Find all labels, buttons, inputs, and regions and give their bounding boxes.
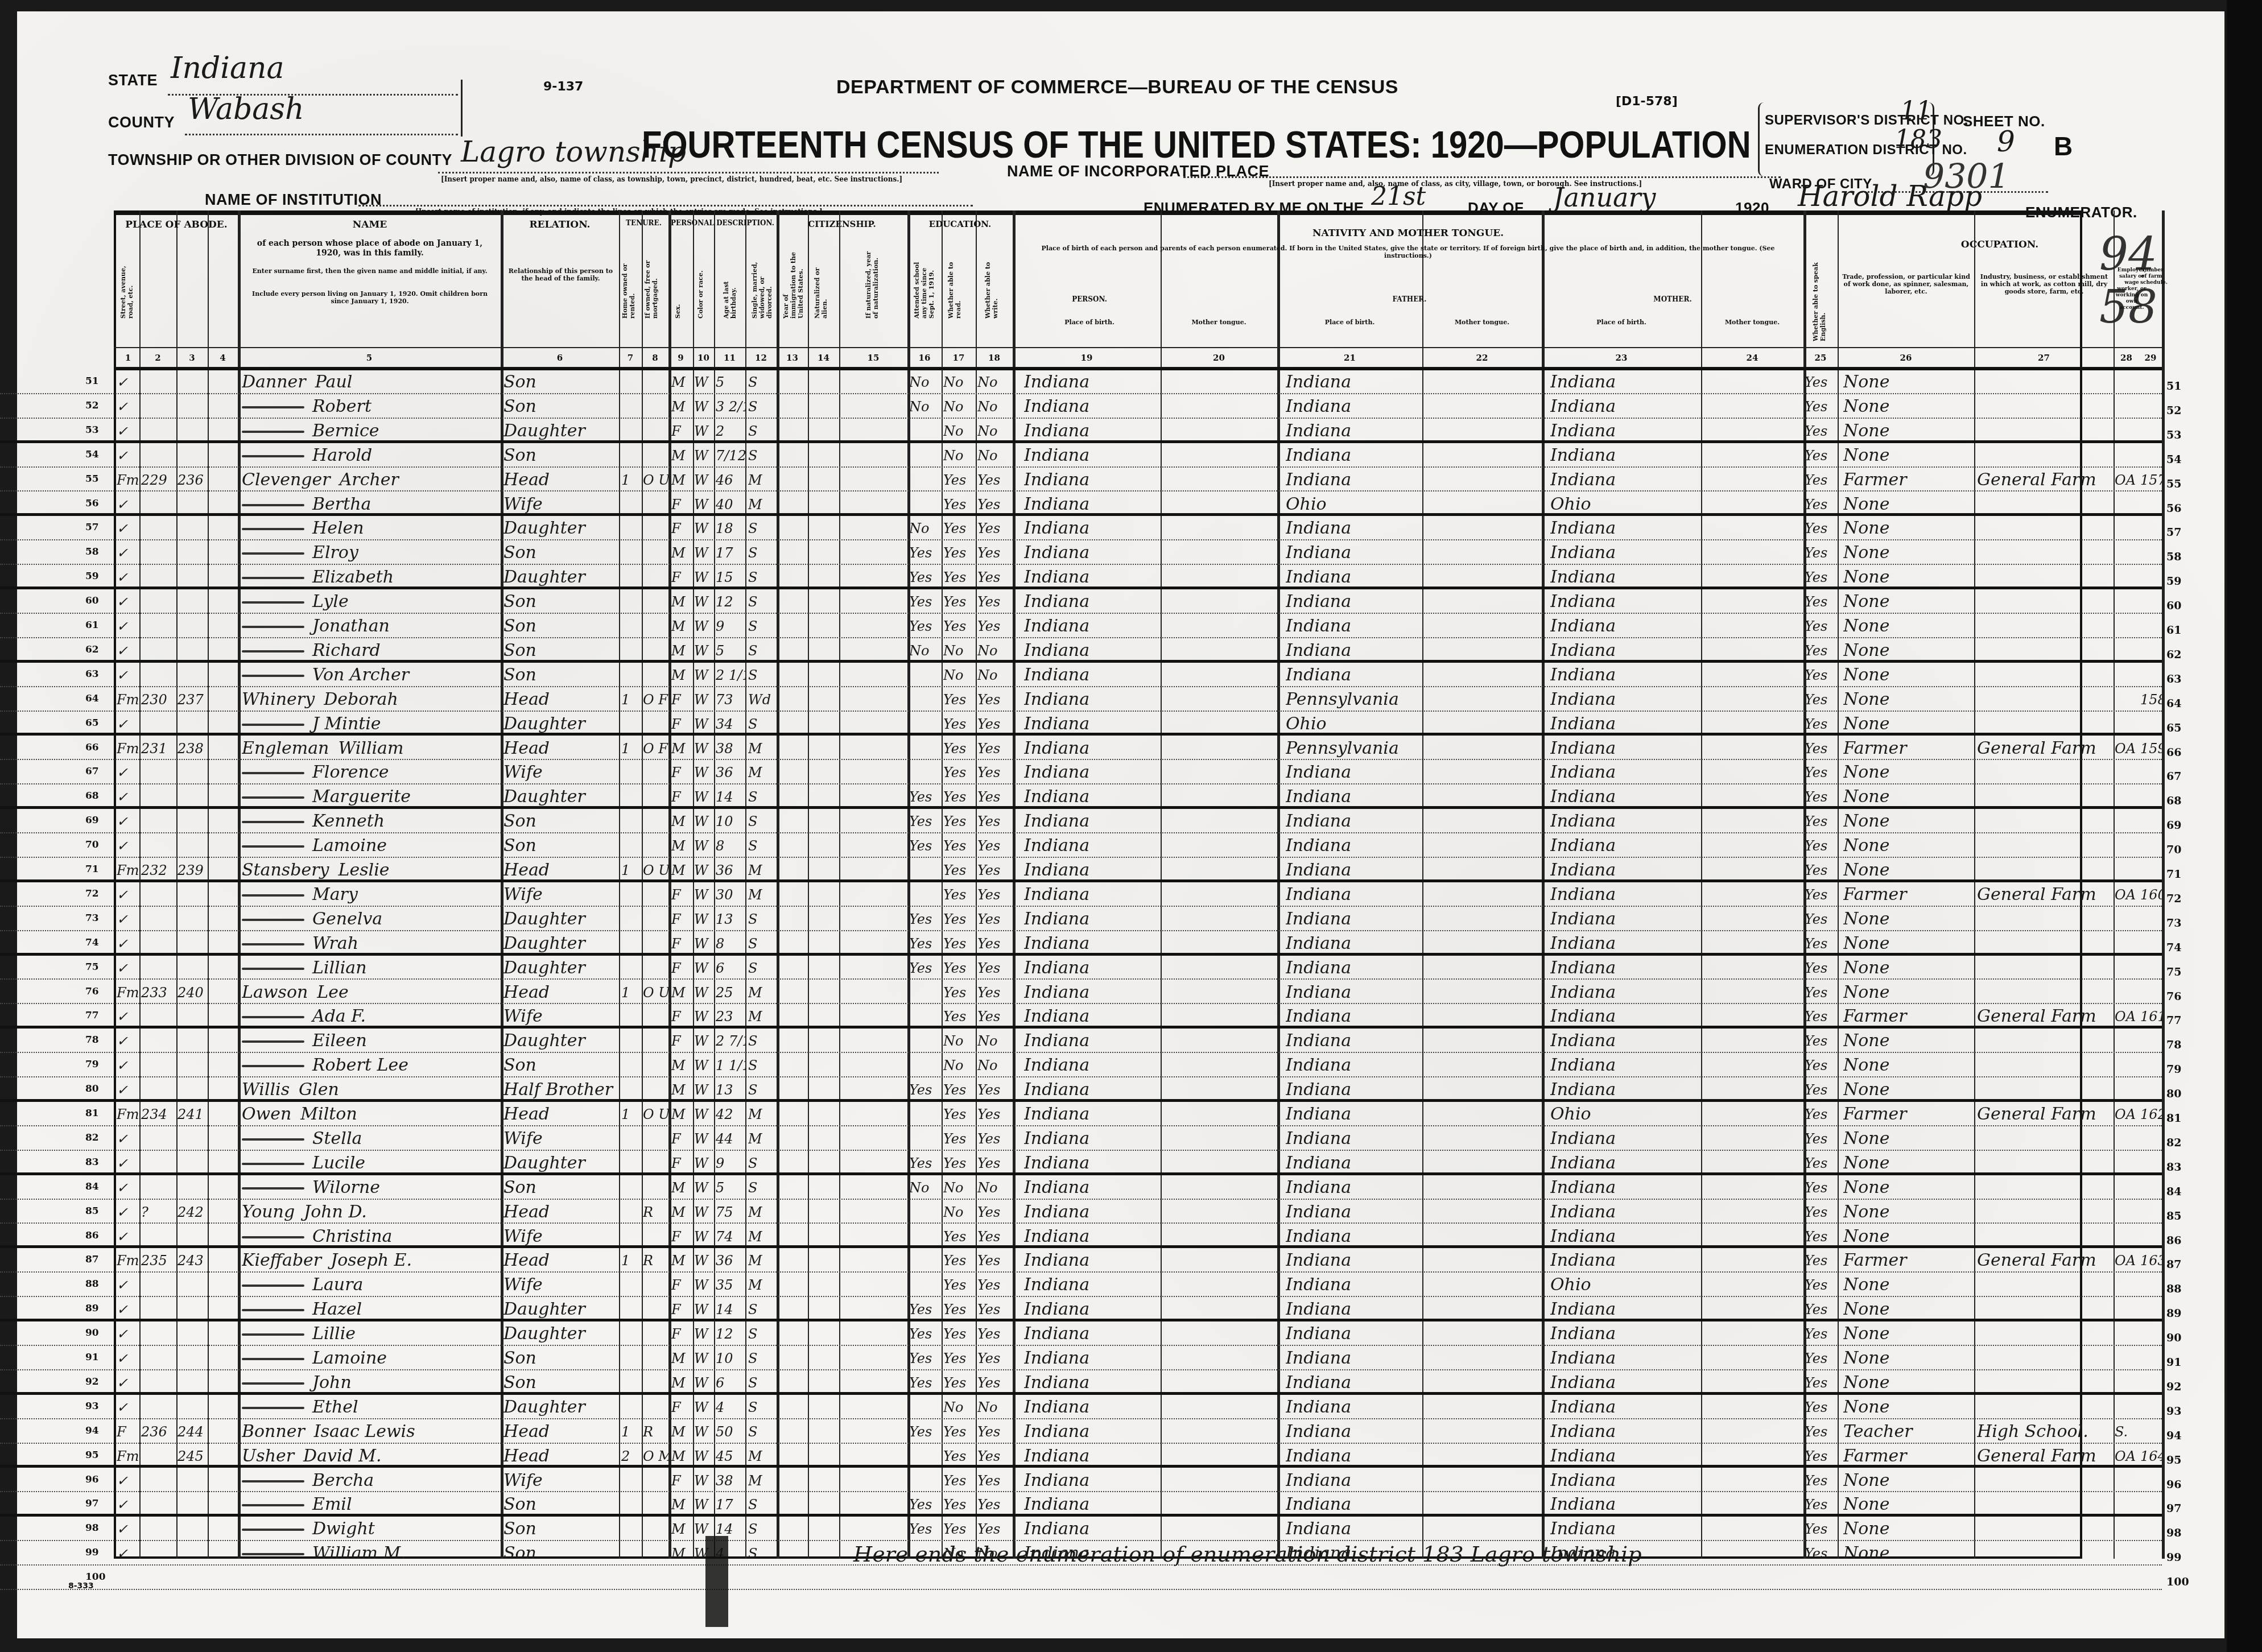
race-cell: W [694, 1445, 713, 1468]
given-name: Stella [312, 1129, 362, 1149]
table-row: 9393✓EthelDaughterFW4SNoNoIndianaIndiana… [0, 1395, 2162, 1419]
name-cell: DannerPaul [242, 371, 501, 394]
relation-cell: Wife [503, 493, 617, 516]
father-birthplace-cell: Indiana [1286, 1079, 1422, 1101]
name-cell: StansberyLeslie [242, 859, 501, 882]
relation-cell: Wife [503, 883, 617, 906]
surname: Owen [242, 1104, 291, 1124]
relation-cell: Head [503, 469, 617, 492]
race-cell: W [694, 1298, 713, 1321]
occupation-cell: None [1843, 371, 1973, 394]
col18-hdr: Whether able to write. [984, 250, 999, 319]
father-birthplace-cell: Indiana [1286, 1347, 1422, 1370]
street-cell: ✓ [117, 1493, 139, 1516]
read-cell: No [943, 444, 975, 467]
house-number-cell: ? [141, 1201, 175, 1224]
table-row: 100100 [0, 1566, 2162, 1590]
marital-cell: S [748, 786, 775, 808]
write-cell: No [977, 664, 1012, 687]
school-cell: Yes [909, 615, 941, 638]
ditto-dash [242, 504, 304, 506]
dwelling-number-cell: 236 [178, 469, 207, 492]
read-cell: No [943, 1201, 975, 1224]
marital-cell: S [748, 395, 775, 418]
read-cell: Yes [943, 1469, 975, 1492]
ditto-dash [242, 1040, 304, 1043]
mother-birthplace-cell: Indiana [1550, 371, 1701, 394]
table-row: 7777✓Ada F.WifeFW23MYesYesIndianaIndiana… [0, 1004, 2162, 1029]
ditto-dash [242, 1016, 304, 1018]
read-cell: Yes [943, 1152, 975, 1175]
name-cell: Jonathan [242, 615, 501, 638]
mortgage-cell: R [643, 1201, 668, 1224]
mother-birthplace-cell: Indiana [1550, 590, 1701, 613]
sex-cell: F [671, 883, 692, 906]
worker-class-cell: OA [2115, 1103, 2140, 1126]
name-cell: Bertha [242, 493, 501, 516]
street-cell: ✓ [117, 590, 139, 613]
mother-birthplace-cell: Indiana [1550, 883, 1701, 906]
marital-cell: S [748, 1054, 775, 1077]
occupation-cell: None [1843, 1323, 1973, 1345]
line-number-right: 75 [2166, 966, 2181, 978]
occupation-cell: None [1843, 761, 1973, 784]
mortgage-cell: O Un [643, 469, 668, 492]
sex-cell: F [671, 688, 692, 711]
occupation-cell: Farmer [1843, 1249, 1973, 1272]
father-birthplace-cell: Indiana [1286, 395, 1422, 418]
table-row: 9898✓DwightSonMW14SYesYesYesIndianaIndia… [0, 1517, 2162, 1541]
table-row: 8383✓LucileDaughterFW9SYesYesYesIndianaI… [0, 1151, 2162, 1175]
school-cell: Yes [909, 1323, 941, 1345]
age-cell: 18 [716, 517, 745, 540]
street-cell: Fm [117, 859, 139, 882]
father-birthplace-cell: Ohio [1286, 713, 1422, 736]
birthplace-cell: Indiana [1024, 786, 1161, 808]
marital-cell: S [748, 1372, 775, 1394]
occupation-cell: None [1843, 517, 1973, 540]
marital-cell: S [748, 615, 775, 638]
father-birthplace-cell: Indiana [1286, 1493, 1422, 1516]
age-cell: 38 [716, 737, 745, 760]
speaks-english-cell: Yes [1805, 1079, 1836, 1101]
relation-cell: Son [503, 1176, 617, 1199]
race-cell: W [694, 786, 713, 808]
age-cell: 12 [716, 1323, 745, 1345]
table-row: 5959✓ElizabethDaughterFW15SYesYesYesIndi… [0, 565, 2162, 589]
speaks-english-cell: Yes [1805, 1372, 1836, 1394]
relation-cell: Daughter [503, 1396, 617, 1419]
sex-cell: M [671, 1079, 692, 1101]
occupation-cell: None [1843, 908, 1973, 931]
occupation-cell: None [1843, 688, 1973, 711]
col17-hdr: Whether able to read. [947, 250, 962, 319]
marital-cell: S [748, 590, 775, 613]
race-cell: W [694, 566, 713, 589]
given-name: Wrah [312, 934, 358, 953]
occupation-cell: None [1843, 1030, 1973, 1052]
mother-birthplace-cell: Indiana [1550, 688, 1701, 711]
mother-birthplace-cell: Indiana [1550, 1225, 1701, 1248]
mother-birthplace-cell: Indiana [1550, 957, 1701, 980]
occupation-cell: Farmer [1843, 737, 1973, 760]
line-number-right: 58 [2166, 551, 2181, 563]
surname: Kieffaber [242, 1250, 321, 1270]
read-cell: Yes [943, 859, 975, 882]
father-birthplace-cell: Indiana [1286, 835, 1422, 857]
race-cell: W [694, 371, 713, 394]
race-cell: W [694, 1030, 713, 1052]
surname: Clevenger [242, 470, 331, 490]
relation-cell: Son [503, 639, 617, 662]
sex-cell: M [671, 615, 692, 638]
occupation-cell: None [1843, 542, 1973, 564]
line-number: 63 [85, 668, 99, 680]
mother-birthplace-cell: Indiana [1550, 615, 1701, 638]
line-number: 60 [85, 595, 99, 606]
line-number-right: 88 [2166, 1283, 2181, 1295]
street-cell: ✓ [117, 615, 139, 638]
name-desc: of each person whose place of abode on J… [245, 239, 495, 258]
read-cell: Yes [943, 1298, 975, 1321]
marital-cell: S [748, 1298, 775, 1321]
name-cell: WhineryDeborah [242, 688, 501, 711]
col-number: 8 [642, 353, 668, 363]
surname: Bonner [242, 1422, 305, 1442]
line-number-right: 78 [2166, 1039, 2181, 1051]
line-number-right: 54 [2166, 453, 2181, 466]
given-name: Lee [317, 982, 348, 1002]
line-number: 83 [85, 1157, 99, 1168]
mother-birthplace-cell: Indiana [1550, 542, 1701, 564]
race-cell: W [694, 1249, 713, 1272]
line-number-right: 65 [2166, 722, 2181, 734]
marital-cell: M [748, 859, 775, 882]
ditto-dash [242, 1407, 304, 1409]
given-name: Harold [312, 445, 372, 465]
given-name: Robert [312, 397, 372, 416]
col-number: 17 [942, 353, 976, 363]
table-row: 8888✓LauraWifeFW35MYesYesIndianaIndianaO… [0, 1273, 2162, 1297]
ditto-dash [242, 1504, 304, 1506]
street-cell: Fm [117, 469, 139, 492]
age-cell: 45 [716, 1445, 745, 1468]
line-number: 66 [85, 742, 99, 753]
age-cell: 40 [716, 493, 745, 516]
name-cell: UsherDavid M. [242, 1445, 501, 1468]
write-cell: Yes [977, 883, 1012, 906]
sex-cell: M [671, 1445, 692, 1468]
line-number: 55 [85, 473, 99, 485]
street-cell: ✓ [117, 786, 139, 808]
street-cell: ✓ [117, 761, 139, 784]
col-number: 14 [808, 353, 839, 363]
col-number: 11 [714, 353, 745, 363]
write-cell: Yes [977, 517, 1012, 540]
name-cell: Dwight [242, 1518, 501, 1541]
write-cell: No [977, 1054, 1012, 1077]
sex-cell: M [671, 1518, 692, 1541]
farm-schedule-cell: 164 [2140, 1445, 2162, 1468]
father-birthplace-cell: Indiana [1286, 1030, 1422, 1052]
ditto-dash [242, 1382, 304, 1385]
table-row: 9595Fm245UsherDavid M.Head2O MMW45MYesYe… [0, 1444, 2162, 1468]
line-number-right: 68 [2166, 795, 2181, 807]
age-cell: 8 [716, 835, 745, 857]
sex-cell: M [671, 395, 692, 418]
line-number-right: 82 [2166, 1137, 2181, 1149]
father-birthplace-cell: Indiana [1286, 932, 1422, 955]
read-cell: Yes [943, 932, 975, 955]
house-number-cell: 233 [141, 981, 175, 1004]
father-birthplace-cell: Indiana [1286, 517, 1422, 540]
mother-birthplace-cell: Indiana [1550, 859, 1701, 882]
ditto-dash [242, 796, 304, 799]
sex-cell: F [671, 1225, 692, 1248]
mother-birthplace-cell: Indiana [1550, 1079, 1701, 1101]
ditto-dash [242, 724, 304, 726]
birthplace-cell: Indiana [1024, 1372, 1161, 1394]
speaks-english-cell: Yes [1805, 1493, 1836, 1516]
dwelling-number-cell: 245 [178, 1445, 207, 1468]
mother-birthplace-cell: Indiana [1550, 1372, 1701, 1394]
school-cell: No [909, 1176, 941, 1199]
father-birthplace-cell: Indiana [1286, 1445, 1422, 1468]
table-row: 9292✓JohnSonMW6SYesYesYesIndianaIndianaI… [0, 1370, 2162, 1395]
mother-birthplace-cell: Indiana [1550, 761, 1701, 784]
line-number-right: 85 [2166, 1210, 2181, 1223]
name-cell: Lillian [242, 957, 501, 980]
read-cell: No [943, 420, 975, 443]
speaks-english-cell: Yes [1805, 957, 1836, 980]
name-cell: Kenneth [242, 810, 501, 833]
line-number: 69 [85, 815, 99, 826]
write-cell: Yes [977, 786, 1012, 808]
sex-cell: F [671, 1298, 692, 1321]
write-cell: Yes [977, 615, 1012, 638]
given-name: Eileen [312, 1031, 367, 1051]
relation-cell: Wife [503, 1469, 617, 1492]
sex-cell: M [671, 590, 692, 613]
mother-birthplace-cell: Indiana [1550, 1298, 1701, 1321]
read-cell: Yes [943, 542, 975, 564]
surname: Usher [242, 1446, 294, 1466]
given-name: Milton [300, 1104, 357, 1124]
age-cell: 38 [716, 1469, 745, 1492]
speaks-english-cell: Yes [1805, 810, 1836, 833]
relation-cell: Wife [503, 1225, 617, 1248]
col-number: 9 [668, 353, 693, 363]
sex-cell: F [671, 1152, 692, 1175]
street-cell: ✓ [117, 664, 139, 687]
table-row: 7373✓GenelvaDaughterFW13SYesYesYesIndian… [0, 907, 2162, 931]
col29-hdr: Number of farm schedule. [2140, 267, 2163, 286]
col-number: 24 [1701, 353, 1803, 363]
age-cell: 2 [716, 420, 745, 443]
mother-birthplace-cell: Indiana [1550, 639, 1701, 662]
given-name: Richard [312, 641, 381, 660]
occupation-cell: None [1843, 1493, 1973, 1516]
father-birthplace-cell: Indiana [1286, 786, 1422, 808]
birthplace-cell: Indiana [1024, 1298, 1161, 1321]
mother-birthplace-cell: Ohio [1550, 1274, 1701, 1296]
enumerated-day: 21st [1371, 182, 1426, 211]
occupation-cell: None [1843, 713, 1973, 736]
mother-birthplace-cell: Ohio [1550, 1103, 1701, 1126]
ditto-dash [242, 1187, 304, 1190]
relation-cell: Daughter [503, 1298, 617, 1321]
street-cell: ✓ [117, 713, 139, 736]
write-cell: Yes [977, 1079, 1012, 1101]
given-name: Glen [299, 1080, 339, 1100]
father-birthplace-cell: Indiana [1286, 1420, 1422, 1443]
relation-cell: Son [503, 371, 617, 394]
given-name: John D. [304, 1202, 367, 1222]
speaks-english-cell: Yes [1805, 1103, 1836, 1126]
line-number-right: 79 [2166, 1063, 2181, 1076]
father-birthplace-cell: Indiana [1286, 542, 1422, 564]
line-number-right: 87 [2166, 1258, 2181, 1271]
birthplace-cell: Indiana [1024, 1225, 1161, 1248]
marital-cell: S [748, 639, 775, 662]
sex-cell: M [671, 444, 692, 467]
home-owned-cell: 1 [621, 981, 641, 1004]
ditto-dash [242, 1163, 304, 1165]
occupation-cell: None [1843, 1225, 1973, 1248]
line-number-right: 76 [2166, 990, 2181, 1003]
table-row: 9090✓LillieDaughterFW12SYesYesYesIndiana… [0, 1321, 2162, 1346]
sex-cell: M [671, 1201, 692, 1224]
ditto-dash [242, 772, 304, 774]
occupation-cell: None [1843, 1542, 1973, 1565]
line-number: 58 [85, 546, 99, 557]
street-cell: Fm [117, 688, 139, 711]
relation-cell: Daughter [503, 786, 617, 808]
occupation-cell: None [1843, 1152, 1973, 1175]
mother-birthplace-cell: Indiana [1550, 1396, 1701, 1419]
ink-smudge [705, 1536, 728, 1627]
line-number-right: 57 [2166, 526, 2181, 539]
given-name: Wilorne [312, 1178, 380, 1197]
col-number: 15 [839, 353, 907, 363]
race-cell: W [694, 1005, 713, 1028]
group-occupation: OCCUPATION. [1838, 239, 2162, 250]
given-name: Jonathan [312, 616, 390, 636]
ditto-dash [242, 845, 304, 848]
ditto-dash [242, 1236, 304, 1238]
race-cell: W [694, 1176, 713, 1199]
sex-cell: M [671, 737, 692, 760]
name-cell: Eileen [242, 1030, 501, 1052]
table-row: 5757✓HelenDaughterFW18SNoYesYesIndianaIn… [0, 516, 2162, 540]
write-cell: No [977, 395, 1012, 418]
line-number-right: 56 [2166, 502, 2181, 515]
line-number: 85 [85, 1205, 99, 1217]
age-cell: 3 2/12 [716, 395, 745, 418]
mother-birthplace-cell: Indiana [1550, 1176, 1701, 1199]
race-cell: W [694, 883, 713, 906]
given-name: Archer [340, 470, 399, 490]
occupation-cell: None [1843, 1347, 1973, 1370]
given-name: Marguerite [312, 787, 411, 807]
street-cell: ✓ [117, 1396, 139, 1419]
speaks-english-cell: Yes [1805, 395, 1836, 418]
father-birthplace-cell: Indiana [1286, 566, 1422, 589]
relation-cell: Head [503, 1249, 617, 1272]
occupation-cell: Teacher [1843, 1420, 1973, 1443]
col13-hdr: Year of immigration to the United States… [782, 250, 804, 319]
farm-schedule-cell: 158 [2140, 688, 2162, 711]
occupation-cell: None [1843, 1128, 1973, 1150]
col12-hdr: Single, married, widowed, or divorced. [751, 250, 773, 319]
race-cell: W [694, 1079, 713, 1101]
col-number: 26 [1838, 353, 1974, 363]
marital-cell: M [748, 493, 775, 516]
write-cell: Yes [977, 1420, 1012, 1443]
read-cell: Yes [943, 1128, 975, 1150]
name-cell: William M. [242, 1542, 501, 1565]
mother-birthplace-cell: Indiana [1550, 713, 1701, 736]
relation-desc: Relationship of this person to the head … [505, 267, 616, 282]
relation-cell: Head [503, 1201, 617, 1224]
name-cell: Marguerite [242, 786, 501, 808]
street-cell: Fm [117, 737, 139, 760]
mother-birthplace-cell: Indiana [1550, 1201, 1701, 1224]
age-cell: 2 7/12 [716, 1030, 745, 1052]
worker-class-cell: OA [2115, 1249, 2140, 1272]
col14-hdr: Naturalized or alien. [814, 250, 828, 319]
ditto-dash [242, 919, 304, 921]
write-cell: Yes [977, 1493, 1012, 1516]
group-name: NAME [239, 219, 501, 230]
col10-hdr: Color or race. [697, 250, 704, 319]
father-birthplace-cell: Indiana [1286, 1249, 1422, 1272]
age-cell: 4 [716, 1396, 745, 1419]
given-name: Elizabeth [312, 567, 394, 587]
occupation-cell: None [1843, 420, 1973, 443]
occupation-cell: Farmer [1843, 1445, 1973, 1468]
write-cell: Yes [977, 908, 1012, 931]
col21-hdr: Place of birth. [1277, 319, 1422, 326]
col-number: 21 [1277, 353, 1422, 363]
birthplace-cell: Indiana [1024, 810, 1161, 833]
name-cell: Ethel [242, 1396, 501, 1419]
read-cell: Yes [943, 981, 975, 1004]
occupation-cell: None [1843, 1054, 1973, 1077]
school-cell: Yes [909, 542, 941, 564]
col-number: 23 [1542, 353, 1701, 363]
marital-cell: Wd [748, 688, 775, 711]
sex-cell: F [671, 713, 692, 736]
line-number-right: 55 [2166, 478, 2181, 490]
birthplace-cell: Indiana [1024, 1323, 1161, 1345]
occupation-cell: None [1843, 1176, 1973, 1199]
line-number: 98 [85, 1522, 99, 1534]
state-value: Indiana [171, 51, 284, 85]
speaks-english-cell: Yes [1805, 542, 1836, 564]
sex-cell: F [671, 786, 692, 808]
department-heading: DEPARTMENT OF COMMERCE—BUREAU OF THE CEN… [836, 76, 1398, 98]
write-cell: Yes [977, 810, 1012, 833]
write-cell: Yes [977, 1469, 1012, 1492]
relation-cell: Son [503, 395, 617, 418]
street-cell: ✓ [117, 1079, 139, 1101]
relation-cell: Head [503, 1445, 617, 1468]
birthplace-cell: Indiana [1024, 1445, 1161, 1468]
father-birthplace-cell: Indiana [1286, 1005, 1422, 1028]
marital-cell: M [748, 883, 775, 906]
race-cell: W [694, 1347, 713, 1370]
